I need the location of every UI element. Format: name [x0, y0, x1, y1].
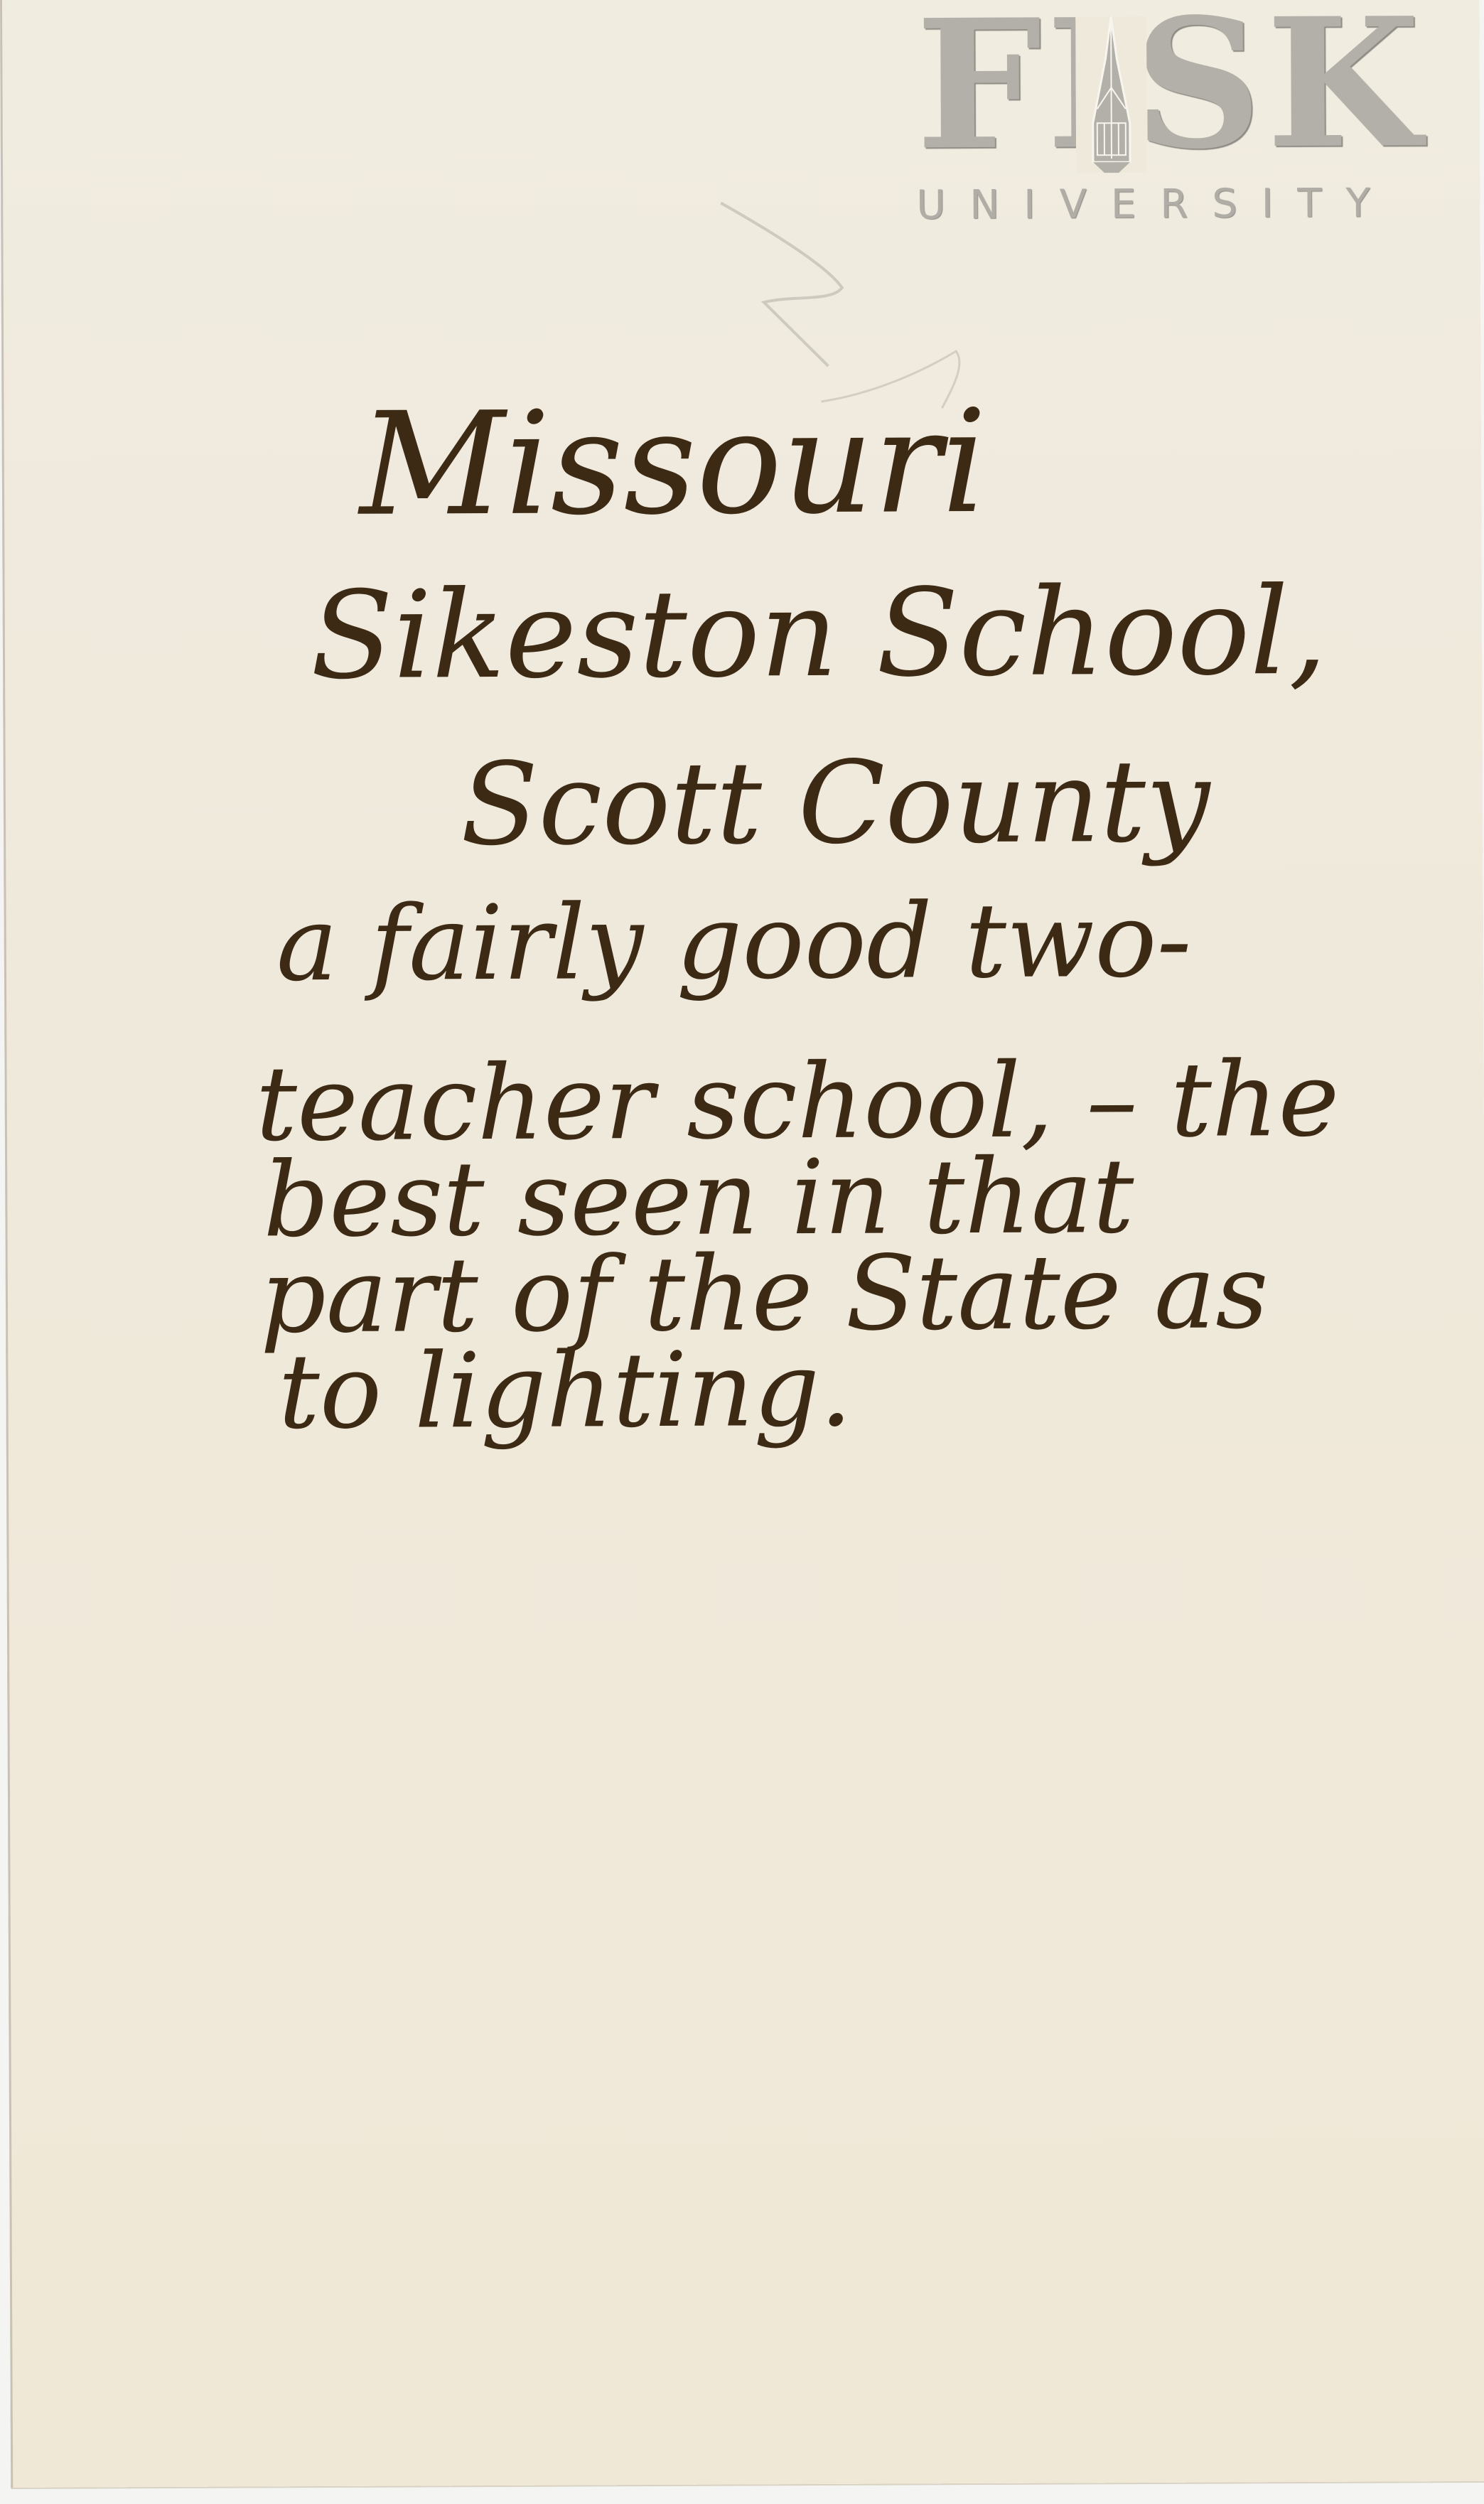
note-line-body-1: a fairly good two- — [276, 881, 1191, 1005]
note-line-county: Scott County — [461, 735, 1213, 871]
handwritten-note: Missouri Sikeston School, Scott County a… — [2, 0, 1484, 1635]
note-line-body-5: to lighting. — [278, 1330, 852, 1453]
note-line-school: Sikeston School, — [310, 561, 1327, 706]
note-card: FISK UNIVERSITY Missouri Sikeston School… — [0, 0, 1484, 2488]
note-line-state: Missouri — [356, 380, 987, 548]
